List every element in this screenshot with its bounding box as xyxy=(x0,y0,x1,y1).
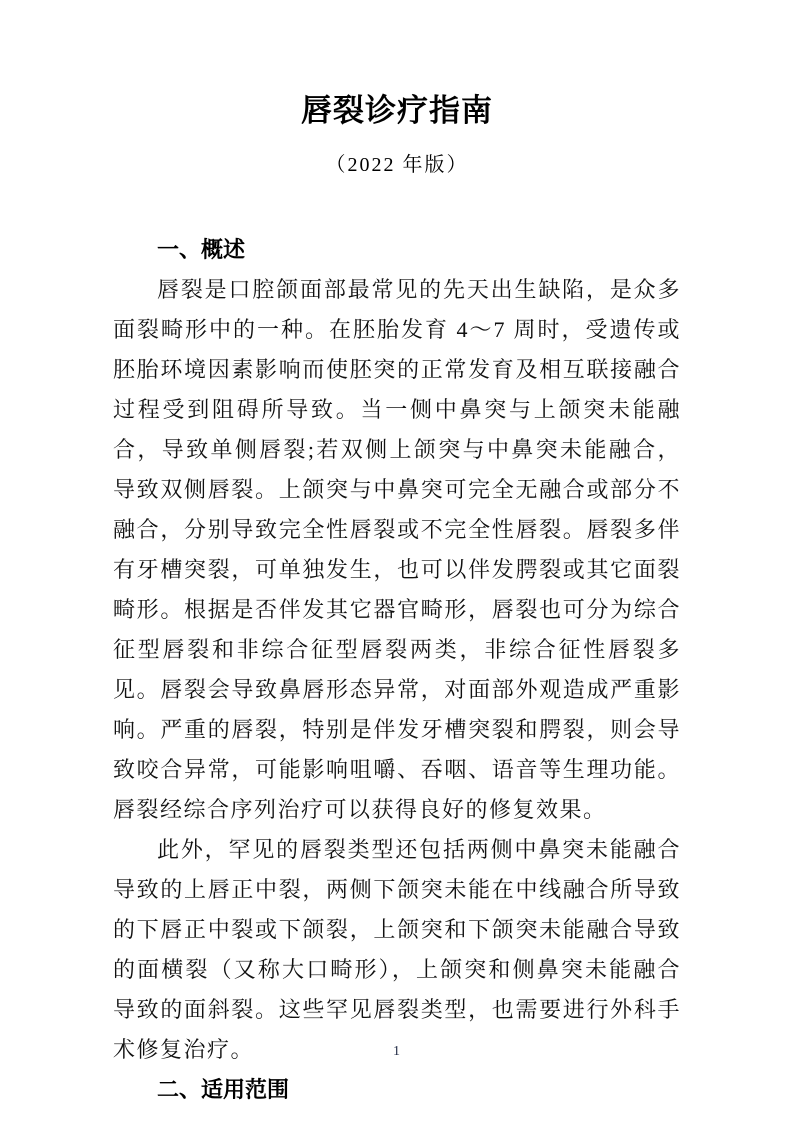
document-title: 唇裂诊疗指南 xyxy=(113,88,681,134)
section-heading-scope: 二、适用范围 xyxy=(113,1070,681,1110)
section-heading-overview: 一、概述 xyxy=(113,230,681,270)
overview-paragraph-2: 此外，罕见的唇裂类型还包括两侧中鼻突未能融合导致的上唇正中裂，两侧下颌突未能在中… xyxy=(113,830,681,1070)
document-subtitle: （2022 年版） xyxy=(113,150,681,180)
document-content: 唇裂诊疗指南 （2022 年版） 一、概述 唇裂是口腔颌面部最常见的先天出生缺陷… xyxy=(0,0,793,1110)
page-number: 1 xyxy=(0,1044,793,1060)
document-page: 唇裂诊疗指南 （2022 年版） 一、概述 唇裂是口腔颌面部最常见的先天出生缺陷… xyxy=(0,0,793,1122)
overview-paragraph-1: 唇裂是口腔颌面部最常见的先天出生缺陷，是众多面裂畸形中的一种。在胚胎发育 4～7… xyxy=(113,270,681,830)
